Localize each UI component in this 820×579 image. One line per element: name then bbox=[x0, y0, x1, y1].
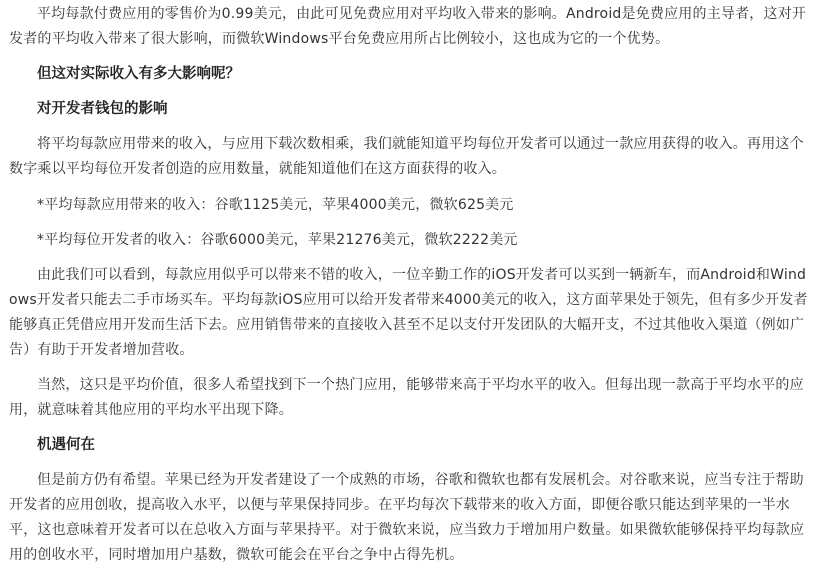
bullet-revenue-per-developer: *平均每位开发者的收入：谷歌6000美元，苹果21276美元，微软2222美元 bbox=[9, 228, 809, 253]
paragraph-free-apps-impact: 平均每款付费应用的零售价为0.99美元，由此可见免费应用对平均收入带来的影响。A… bbox=[9, 2, 809, 52]
article-body: 平均每款付费应用的零售价为0.99美元，由此可见免费应用对平均收入带来的影响。A… bbox=[9, 0, 809, 568]
heading-actual-revenue-impact: 但这对实际收入有多大影响呢？ bbox=[9, 62, 809, 87]
paragraph-ios-lead: 由此我们可以看到，每款应用似乎可以带来不错的收入，一位辛勤工作的iOS开发者可以… bbox=[9, 263, 809, 363]
paragraph-average-value: 当然，这只是平均价值，很多人希望找到下一个热门应用，能够带来高于平均水平的收入。… bbox=[9, 373, 809, 423]
heading-developer-wallet-impact: 对开发者钱包的影响 bbox=[9, 97, 809, 122]
heading-opportunities: 机遇何在 bbox=[9, 433, 809, 458]
paragraph-revenue-calculation: 将平均每款应用带来的收入，与应用下载次数相乘，我们就能知道平均每位开发者可以通过… bbox=[9, 132, 809, 182]
bullet-revenue-per-app: *平均每款应用带来的收入：谷歌1125美元，苹果4000美元，微软625美元 bbox=[9, 193, 809, 218]
paragraph-hope-ahead: 但是前方仍有希望。苹果已经为开发者建设了一个成熟的市场，谷歌和微软也都有发展机会… bbox=[9, 468, 809, 568]
